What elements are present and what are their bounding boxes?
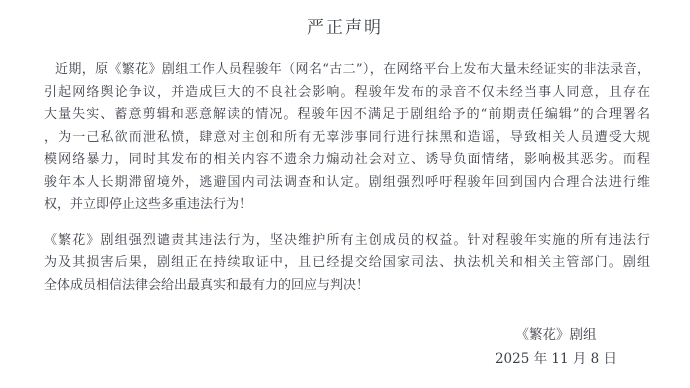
statement-line: 全体成员相信法律会给出最真实和最有力的回应与判决！ <box>44 275 650 298</box>
statement-line: 引起网络舆论争议，并造成巨大的不良社会影响。程骏年发布的录音不仅未经当事人同意，… <box>44 82 650 105</box>
statement-line: 大量失实、蓄意剪辑和恶意解读的情况。程骏年因不满足于剧组给予的“前期责任编辑”的… <box>44 104 650 127</box>
page-title: 严正声明 <box>0 16 690 40</box>
statement-line: 权，并立即停止这些多重违法行为！ <box>44 194 650 217</box>
statement-line: 《繁花》剧组强烈谴责其违法行为，坚决维护所有主创成员的权益。针对程骏年实施的所有… <box>44 230 650 253</box>
statement-line: 为及其损害后果，剧组正在持续取证中，且已经提交给国家司法、执法机关和相关主管部门… <box>44 252 650 275</box>
statement-line: 近期，原《繁花》剧组工作人员程骏年（网名“古二”），在网络平台上发布大量未经证实… <box>44 59 650 82</box>
statement-line: ，为一己私欲而泄私愤，肆意对主创和所有无辜涉事同行进行抹黑和造谣，导致相关人员遭… <box>44 127 650 150</box>
statement-line: 骏年本人长期滞留境外，逃避国内司法调查和认定。剧组强烈呼吁程骏年回到国内合理合法… <box>44 172 650 195</box>
statement-paragraph: 近期，原《繁花》剧组工作人员程骏年（网名“古二”），在网络平台上发布大量未经证实… <box>44 59 650 217</box>
statement-paragraph: 《繁花》剧组强烈谴责其违法行为，坚决维护所有主创成员的权益。针对程骏年实施的所有… <box>44 230 650 298</box>
statement-line: 模网络暴力，同时其发布的相关内容不遗余力煽动社会对立、诱导负面情绪，影响极其恶劣… <box>44 149 650 172</box>
signature-block: 《繁花》剧组 2025 年 11 月 8 日 <box>462 323 650 371</box>
statement-body: 近期，原《繁花》剧组工作人员程骏年（网名“古二”），在网络平台上发布大量未经证实… <box>44 59 650 371</box>
signature-date: 2025 年 11 月 8 日 <box>462 347 650 371</box>
signature-name: 《繁花》剧组 <box>462 323 650 347</box>
statement-document: 严正声明 近期，原《繁花》剧组工作人员程骏年（网名“古二”），在网络平台上发布大… <box>0 0 690 388</box>
